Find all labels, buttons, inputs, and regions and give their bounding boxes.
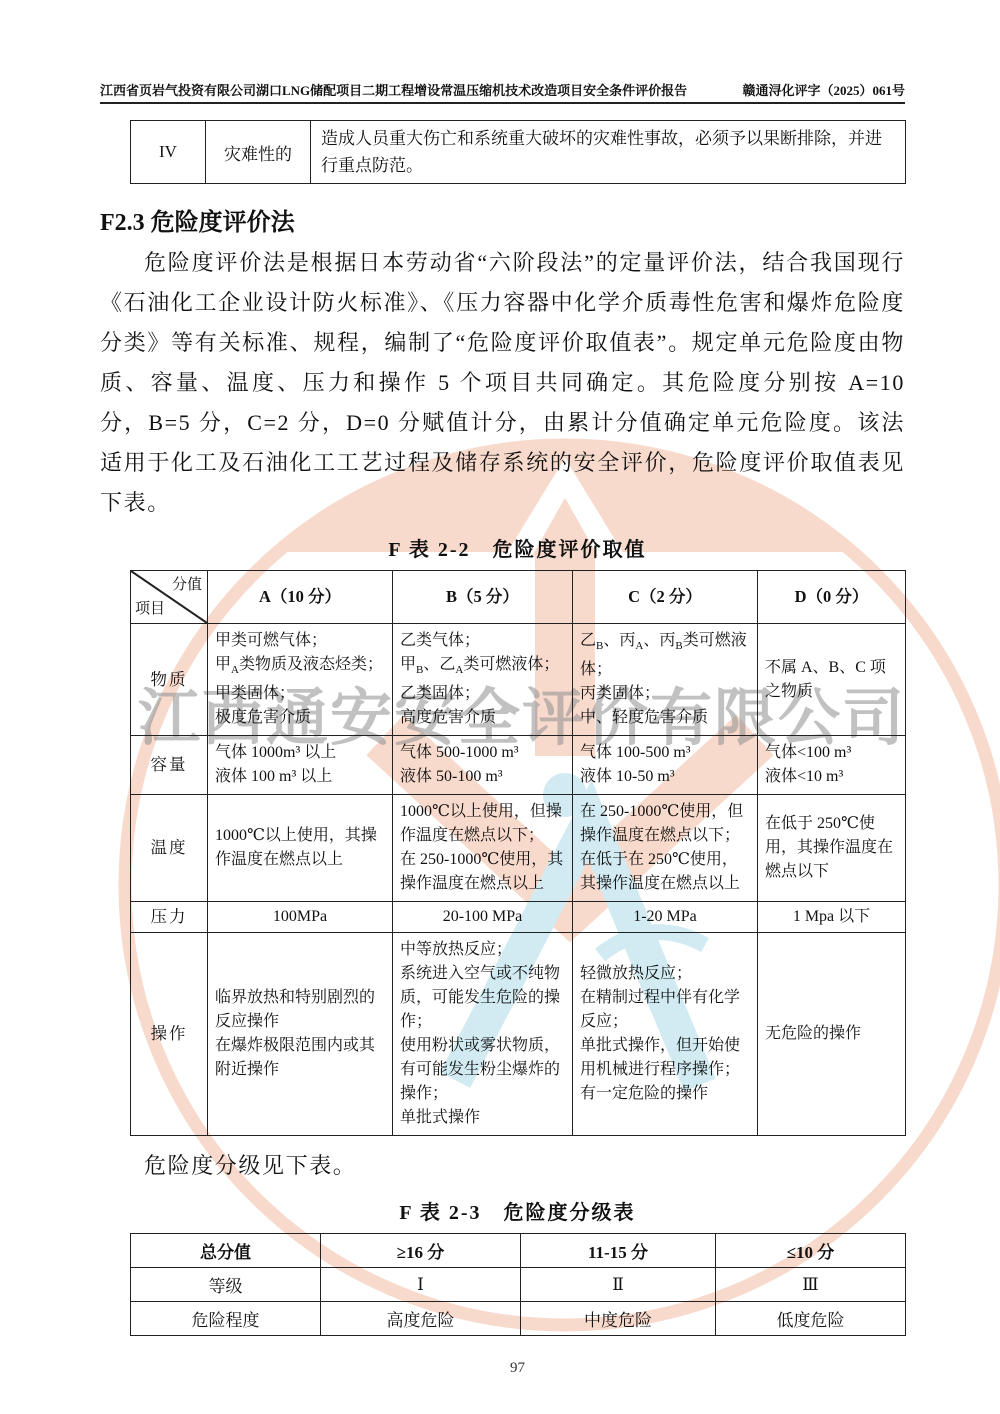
row-label: 温度 [131,795,208,902]
cell-temperature-d: 在低于 250℃使用，其操作温度在燃点以下 [758,795,906,902]
table-header-row: 总分值 ≥16 分 11-15 分 ≤10 分 [131,1234,906,1268]
column-header-c: C（2 分） [573,571,758,624]
cell-operation-c: 轻微放热反应； 在精制过程中伴有化学反应； 单批式操作，但开始使用机械进行程序操… [573,933,758,1136]
cell-substance-d: 不属 A、B、C 项之物质 [758,624,906,736]
table-header-row: 分值 项目 A（10 分） B（5 分） C（2 分） D（0 分） [131,571,906,624]
risk-level-label: 危险程度 [131,1302,321,1336]
cell-operation-b: 中等放热反应； 系统进入空气或不纯物质，可能发生危险的操作； 使用粉状或雾状物质… [393,933,573,1136]
cell-pressure-a: 100MPa [208,902,393,933]
table-row: IV 灾难性的 造成人员重大伤亡和系统重大破坏的灾难性事故，必须予以果断排除，并… [131,121,906,184]
doc-number: 赣通浔化评字（2025）061号 [742,80,905,99]
cell-operation-a: 临界放热和特别剧烈的反应操作 在爆炸极限范围内或其附近操作 [208,933,393,1136]
table-row-operation: 操作 临界放热和特别剧烈的反应操作 在爆炸极限范围内或其附近操作 中等放热反应；… [131,933,906,1136]
cell-capacity-b: 气体 500-1000 m³ 液体 50-100 m³ [393,736,573,795]
cell-substance-c: 乙B、丙A、丙B类可燃液体； 丙类固体； 中、轻度危害介质 [573,624,758,736]
table-row-substance: 物质 甲类可燃气体； 甲A类物质及液态烃类； 甲类固体； 极度危害介质 乙类气体… [131,624,906,736]
cell-capacity-a: 气体 1000m³ 以上 液体 100 m³ 以上 [208,736,393,795]
column-header-d: D（0 分） [758,571,906,624]
table-row-temperature: 温度 1000℃以上使用，其操作温度在燃点以上 1000℃以上使用，但操作温度在… [131,795,906,902]
risk-low: 低度危险 [716,1302,906,1336]
column-header-a: A（10 分） [208,571,393,624]
report-title: 江西省页岩气投资有限公司湖口LNG储配项目二期工程增设常温压缩机技术改造项目安全… [100,80,687,99]
document-page: 江西通安安全评价有限公司 江西省页岩气投资有限公司湖口LNG储配项目二期工程增设… [0,0,1000,1414]
table-2-2-title: F 表 2-2 危险度评价取值 [130,533,905,562]
cell-substance-b: 乙类气体； 甲B、乙A类可燃液体； 乙类固体； 高度危害介质 [393,624,573,736]
cell-capacity-c: 气体 100-500 m³ 液体 10-50 m³ [573,736,758,795]
header-le10: ≤10 分 [716,1234,906,1268]
page-number: 97 [130,1360,905,1377]
grade-label: 等级 [131,1268,321,1302]
cell-pressure-c: 1-20 MPa [573,902,758,933]
carryover-table: IV 灾难性的 造成人员重大伤亡和系统重大破坏的灾难性事故，必须予以果断排除，并… [130,120,906,184]
severity-grade-cell: IV [131,121,206,184]
cell-pressure-d: 1 Mpa 以下 [758,902,906,933]
section-paragraph: 危险度评价法是根据日本劳动省“六阶段法”的定量评价法，结合我国现行《石油化工企业… [100,243,905,523]
cell-temperature-c: 在 250-1000℃使用，但操作温度在燃点以下；在低于在 250℃使用，其操作… [573,795,758,902]
table-row-pressure: 压力 100MPa 20-100 MPa 1-20 MPa 1 Mpa 以下 [131,902,906,933]
table-row-risk-level: 危险程度 高度危险 中度危险 低度危险 [131,1302,906,1336]
row-label: 容量 [131,736,208,795]
severity-desc-cell: 造成人员重大伤亡和系统重大破坏的灾难性事故，必须予以果断排除，并进行重点防范。 [311,121,906,184]
header-11-15: 11-15 分 [521,1234,716,1268]
risk-value-table: 分值 项目 A（10 分） B（5 分） C（2 分） D（0 分） 物质 甲类… [130,570,906,1136]
row-label: 物质 [131,624,208,736]
cell-temperature-b: 1000℃以上使用，但操作温度在燃点以下； 在 250-1000℃使用，其操作温… [393,795,573,902]
row-label: 压力 [131,902,208,933]
table-row-grade: 等级 Ⅰ Ⅱ Ⅲ [131,1268,906,1302]
cell-capacity-d: 气体<100 m³ 液体<10 m³ [758,736,906,795]
header-total-score: 总分值 [131,1234,321,1268]
section-heading: F2.3 危险度评价法 [100,202,905,237]
diagonal-corner-cell: 分值 项目 [131,571,208,624]
table-2-3-title: F 表 2-3 危险度分级表 [130,1196,905,1225]
column-header-b: B（5 分） [393,571,573,624]
table-row-capacity: 容量 气体 1000m³ 以上 液体 100 m³ 以上 气体 500-1000… [131,736,906,795]
cell-temperature-a: 1000℃以上使用，其操作温度在燃点以上 [208,795,393,902]
cell-operation-d: 无危险的操作 [758,933,906,1136]
grade-2: Ⅱ [521,1268,716,1302]
page-header: 江西省页岩气投资有限公司湖口LNG储配项目二期工程增设常温压缩机技术改造项目安全… [100,80,905,104]
risk-medium: 中度危险 [521,1302,716,1336]
header-ge16: ≥16 分 [321,1234,521,1268]
cell-substance-a: 甲类可燃气体； 甲A类物质及液态烃类； 甲类固体； 极度危害介质 [208,624,393,736]
grade-3: Ⅲ [716,1268,906,1302]
corner-label-score: 分值 [172,573,202,597]
cell-pressure-b: 20-100 MPa [393,902,573,933]
grading-note: 危险度分级见下表。 [100,1146,905,1186]
page-content: 江西省页岩气投资有限公司湖口LNG储配项目二期工程增设常温压缩机技术改造项目安全… [0,0,1000,1377]
risk-high: 高度危险 [321,1302,521,1336]
severity-name-cell: 灾难性的 [206,121,311,184]
row-label: 操作 [131,933,208,1136]
corner-label-item: 项目 [135,597,165,621]
risk-grading-table: 总分值 ≥16 分 11-15 分 ≤10 分 等级 Ⅰ Ⅱ Ⅲ 危险程度 高度… [130,1233,906,1336]
grade-1: Ⅰ [321,1268,521,1302]
